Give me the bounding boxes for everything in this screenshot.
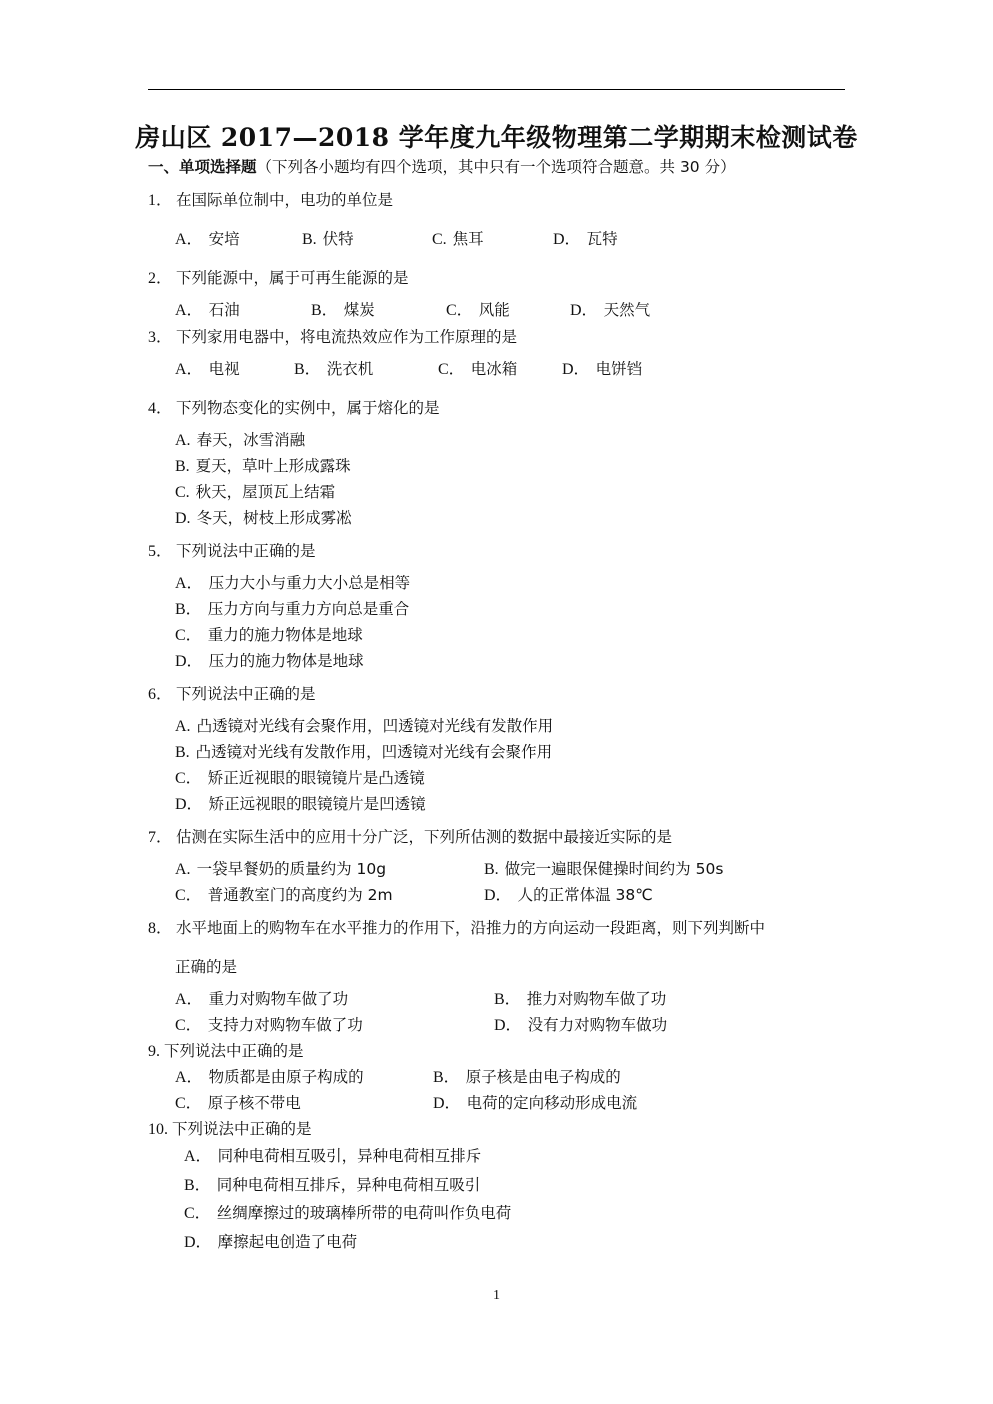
question-8-option-d: D．没有力对购物车做功 [494,1015,667,1036]
question-2-option-b: B．煤炭 [311,300,375,321]
question-1-option-c: C.焦耳 [432,229,484,250]
question-5-stem: 5．下列说法中正确的是 [148,541,316,562]
option-text: 压力方向与重力方向总是重合 [208,600,410,618]
option-text: 矫正近视眼的眼镜镜片是凸透镜 [208,769,425,787]
question-text: 估测在实际生活中的应用十分广泛，下列所估测的数据中最接近实际的是 [176,828,672,846]
question-1-option-a: A．安培 [175,229,240,250]
option-text: 天然气 [604,301,651,319]
question-1-option-d: D．瓦特 [553,229,618,250]
option-text: 压力的施力物体是地球 [209,652,364,670]
question-3-stem: 3．下列家用电器中，将电流热效应作为工作原理的是 [148,327,517,348]
option-text: 原子核是由电子构成的 [466,1068,621,1086]
option-letter: C. [432,231,447,248]
option-letter: D． [433,1095,461,1112]
question-3-option-a: A．电视 [175,359,240,380]
question-3-option-b: B．洗衣机 [294,359,373,380]
question-number: 1． [148,192,172,209]
option-letter: C． [438,361,465,378]
question-2-option-a: A．石油 [175,300,240,321]
question-2-option-d: D．天然气 [570,300,650,321]
question-number: 4． [148,400,172,417]
option-letter: C． [175,887,202,904]
question-9-stem: 9.下列说法中正确的是 [148,1041,304,1062]
option-letter: B. [302,231,317,248]
option-letter: B． [494,991,521,1008]
question-7-option-a: A.一袋早餐奶的质量约为 10g [175,859,386,880]
option-letter: C． [175,627,202,644]
option-letter: C． [175,1017,202,1034]
question-5-option-a: A．压力大小与重力大小总是相等 [175,573,410,594]
option-text: 推力对购物车做了功 [527,990,667,1008]
option-text: 春天，冰雪消融 [197,431,306,449]
option-letter: C． [175,1095,202,1112]
question-8-option-b: B．推力对购物车做了功 [494,989,666,1010]
option-letter: D. [175,510,191,527]
question-5-option-b: B．压力方向与重力方向总是重合 [175,599,409,620]
option-letter: D． [570,302,598,319]
question-number: 10. [148,1121,168,1138]
option-text: 瓦特 [587,230,618,248]
question-8-option-c: C．支持力对购物车做了功 [175,1015,363,1036]
option-text: 凸透镜对光线有发散作用，凹透镜对光线有会聚作用 [196,743,553,761]
option-text: 焦耳 [453,230,484,248]
option-letter: A． [184,1148,212,1165]
question-9-option-c: C．原子核不带电 [175,1093,301,1114]
question-number: 8． [148,920,172,937]
option-text: 夏天，草叶上形成露珠 [196,457,351,475]
option-letter: A． [175,231,203,248]
question-number: 3． [148,329,172,346]
question-text: 下列物态变化的实例中，属于熔化的是 [176,399,440,417]
option-letter: A. [175,718,191,735]
question-3-option-d: D．电饼铛 [562,359,642,380]
option-text: 风能 [479,301,510,319]
question-9-option-a: A．物质都是由原子构成的 [175,1067,364,1088]
question-6-option-d: D．矫正远视眼的眼镜镜片是凹透镜 [175,794,426,815]
question-2-stem: 2．下列能源中，属于可再生能源的是 [148,268,409,289]
question-text: 水平地面上的购物车在水平推力的作用下，沿推力的方向运动一段距离，则下列判断中 [176,919,765,937]
option-letter: A. [175,432,191,449]
question-text: 下列说法中正确的是 [172,1120,312,1138]
option-letter: C． [175,770,202,787]
question-6-option-a: A.凸透镜对光线有会聚作用，凹透镜对光线有发散作用 [175,716,553,737]
option-letter: A． [175,1069,203,1086]
option-text: 同种电荷相互吸引，异种电荷相互排斥 [218,1147,482,1165]
option-text: 重力对购物车做了功 [209,990,349,1008]
option-letter: B. [175,744,190,761]
section-instruction: （下列各小题均有四个选项，其中只有一个选项符合题意。共 30 分） [257,158,736,176]
option-letter: C. [175,484,190,501]
question-7-option-b: B.做完一遍眼保健操时间约为 50s [484,859,723,880]
question-7-option-c: C．普通教室门的高度约为 2m [175,885,393,906]
question-text: 下列说法中正确的是 [164,1042,304,1060]
question-6-stem: 6．下列说法中正确的是 [148,684,316,705]
option-text: 支持力对购物车做了功 [208,1016,363,1034]
header-rule [148,89,845,90]
question-4-option-a: A.春天，冰雪消融 [175,430,305,451]
page-title: 房山区 2017—2018 学年度九年级物理第二学期期末检测试卷 [0,118,993,154]
question-10-option-b: B．同种电荷相互排斥，异种电荷相互吸引 [184,1175,480,1196]
option-letter: D． [494,1017,522,1034]
question-number: 2． [148,270,172,287]
question-10-option-a: A．同种电荷相互吸引，异种电荷相互排斥 [184,1146,481,1167]
option-letter: B. [175,458,190,475]
question-4-option-b: B.夏天，草叶上形成露珠 [175,456,351,477]
question-text: 下列说法中正确的是 [176,685,316,703]
option-text: 矫正远视眼的眼镜镜片是凹透镜 [209,795,426,813]
option-text: 安培 [209,230,240,248]
page-number: 1 [0,1288,993,1304]
question-6-option-c: C．矫正近视眼的眼镜镜片是凸透镜 [175,768,425,789]
option-letter: A． [175,302,203,319]
question-text: 下列家用电器中，将电流热效应作为工作原理的是 [176,328,517,346]
option-letter: D． [553,231,581,248]
option-letter: D． [175,796,203,813]
option-text: 电视 [209,360,240,378]
question-10-stem: 10.下列说法中正确的是 [148,1119,312,1140]
option-letter: A. [175,861,191,878]
question-number: 7． [148,829,172,846]
option-text: 人的正常体温 38℃ [518,886,653,904]
question-text: 在国际单位制中，电功的单位是 [176,191,393,209]
option-letter: C． [184,1205,211,1222]
question-9-option-d: D．电荷的定向移动形成电流 [433,1093,637,1114]
option-text: 一袋早餐奶的质量约为 10g [197,860,387,878]
question-2-option-c: C．风能 [446,300,510,321]
question-5-option-c: C．重力的施力物体是地球 [175,625,363,646]
option-text: 电冰箱 [471,360,518,378]
question-10-option-c: C．丝绸摩擦过的玻璃棒所带的电荷叫作负电荷 [184,1203,511,1224]
option-letter: B． [184,1177,211,1194]
question-10-option-d: D．摩擦起电创造了电荷 [184,1232,357,1253]
question-9-option-b: B．原子核是由电子构成的 [433,1067,621,1088]
option-text: 凸透镜对光线有会聚作用，凹透镜对光线有发散作用 [197,717,554,735]
option-text: 电饼铛 [596,360,643,378]
question-8-stem-continued: 正确的是 [175,957,237,977]
question-7-stem: 7．估测在实际生活中的应用十分广泛，下列所估测的数据中最接近实际的是 [148,827,672,848]
option-letter: D． [484,887,512,904]
option-letter: B． [175,601,202,618]
option-letter: C． [446,302,473,319]
option-text: 普通教室门的高度约为 2m [208,886,393,904]
question-5-option-d: D．压力的施力物体是地球 [175,651,364,672]
option-text: 摩擦起电创造了电荷 [218,1233,358,1251]
option-text: 石油 [209,301,240,319]
option-text: 洗衣机 [327,360,374,378]
question-4-option-d: D.冬天，树枝上形成雾凇 [175,508,352,529]
option-text: 同种电荷相互排斥，异种电荷相互吸引 [217,1176,481,1194]
option-letter: D． [175,653,203,670]
option-letter: A． [175,361,203,378]
option-letter: D． [184,1234,212,1251]
option-text: 重力的施力物体是地球 [208,626,363,644]
question-3-option-c: C．电冰箱 [438,359,517,380]
option-text: 丝绸摩擦过的玻璃棒所带的电荷叫作负电荷 [217,1204,512,1222]
option-text: 物质都是由原子构成的 [209,1068,364,1086]
option-text: 电荷的定向移动形成电流 [467,1094,638,1112]
question-text: 下列说法中正确的是 [176,542,316,560]
option-letter: B. [484,861,499,878]
option-letter: B． [294,361,321,378]
question-6-option-b: B.凸透镜对光线有发散作用，凹透镜对光线有会聚作用 [175,742,552,763]
option-letter: D． [562,361,590,378]
option-text: 秋天，屋顶瓦上结霜 [196,483,336,501]
section-title: 一、单项选择题 [148,158,257,176]
option-text: 煤炭 [344,301,375,319]
option-letter: A． [175,575,203,592]
option-text: 冬天，树枝上形成雾凇 [197,509,352,527]
option-text: 压力大小与重力大小总是相等 [209,574,411,592]
option-letter: B． [311,302,338,319]
option-text: 伏特 [323,230,354,248]
question-text: 下列能源中，属于可再生能源的是 [176,269,409,287]
question-4-stem: 4．下列物态变化的实例中，属于熔化的是 [148,398,440,419]
question-7-option-d: D．人的正常体温 38℃ [484,885,653,906]
question-1-stem: 1．在国际单位制中，电功的单位是 [148,190,393,211]
question-1-option-b: B.伏特 [302,229,354,250]
option-letter: B． [433,1069,460,1086]
option-text: 做完一遍眼保健操时间约为 50s [505,860,724,878]
option-text: 没有力对购物车做功 [528,1016,668,1034]
section-heading: 一、单项选择题（下列各小题均有四个选项，其中只有一个选项符合题意。共 30 分） [148,155,736,177]
option-text: 原子核不带电 [208,1094,301,1112]
question-number: 9. [148,1043,160,1060]
question-8-stem: 8．水平地面上的购物车在水平推力的作用下，沿推力的方向运动一段距离，则下列判断中 [148,918,765,939]
option-letter: A． [175,991,203,1008]
question-number: 5． [148,543,172,560]
question-number: 6． [148,686,172,703]
question-4-option-c: C.秋天，屋顶瓦上结霜 [175,482,335,503]
question-8-option-a: A．重力对购物车做了功 [175,989,348,1010]
